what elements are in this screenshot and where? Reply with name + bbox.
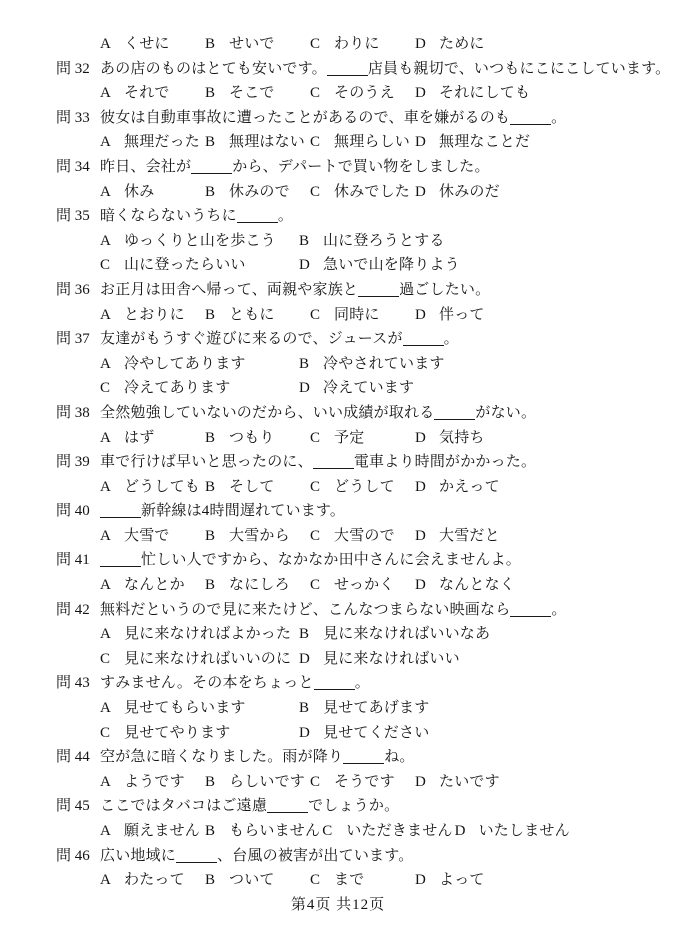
option-text: くせに xyxy=(124,32,170,57)
option-row: AわたってBついてCまでDよって xyxy=(0,868,676,893)
question-text: 忙しい人ですから、なかなか田中さんに会えませんよ。 xyxy=(100,552,521,568)
option-letter: C xyxy=(100,721,124,746)
option-text: 大雪から xyxy=(229,524,290,549)
option-text: なんとか xyxy=(124,573,185,598)
option-letter: A xyxy=(100,524,124,549)
option-letter: B xyxy=(205,303,229,328)
option-letter: C xyxy=(310,426,334,451)
option-b: Bともに xyxy=(205,303,308,328)
option-text: 大雪だと xyxy=(439,524,500,549)
option-text: なにしろ xyxy=(229,573,290,598)
option-letter: B xyxy=(299,229,323,254)
option-letter: C xyxy=(322,819,346,844)
question-text-segment: 。 xyxy=(551,602,566,618)
question-number: 問 37 xyxy=(56,327,100,352)
option-letter: D xyxy=(415,573,439,598)
option-letter: B xyxy=(205,180,229,205)
option-letter: D xyxy=(455,819,479,844)
option-d: D休みのだ xyxy=(415,180,518,205)
option-letter: B xyxy=(205,573,229,598)
option-letter: D xyxy=(299,376,323,401)
question-text-segment: 昨日、会社が xyxy=(100,159,191,175)
option-letter: D xyxy=(415,130,439,155)
question-text: ここではタバコはご遠慮でしょうか。 xyxy=(100,798,399,814)
question-text-segment: 忙しい人ですから、なかなか田中さんに会えませんよ。 xyxy=(141,552,521,568)
option-row: A見に来なければよかったB見に来なければいいなあ xyxy=(0,622,676,647)
option-b: B無理はない xyxy=(205,130,308,155)
option-d: Dかえって xyxy=(415,475,518,500)
option-a: A無理だった xyxy=(100,130,203,155)
option-text: 無理らしい xyxy=(334,130,410,155)
blank-underline xyxy=(358,295,399,297)
option-row: A見せてもらいますB見せてあげます xyxy=(0,696,676,721)
option-letter: C xyxy=(310,130,334,155)
question-number: 問 33 xyxy=(56,106,100,131)
option-a: Aなんとか xyxy=(100,573,203,598)
option-text: まで xyxy=(334,868,364,893)
option-text: 休みでした xyxy=(334,180,410,205)
option-letter: A xyxy=(100,573,124,598)
option-row: AくせにBせいでCわりにDために xyxy=(0,32,676,57)
option-d: D無理なことだ xyxy=(415,130,530,155)
exam-page: AくせにBせいでCわりにDために問 32あの店のものはとても安いです。店員も親切… xyxy=(0,0,676,917)
option-b: Bそして xyxy=(205,475,308,500)
option-letter: C xyxy=(100,376,124,401)
option-letter: D xyxy=(415,475,439,500)
option-letter: A xyxy=(100,81,124,106)
option-text: 休み xyxy=(124,180,154,205)
question-number: 問 43 xyxy=(56,671,100,696)
option-text: もらいません xyxy=(229,819,320,844)
option-text: 無理なことだ xyxy=(439,130,530,155)
option-a: Aゆっくりと山を歩こう xyxy=(100,229,297,254)
question-number: 問 32 xyxy=(56,57,100,82)
option-letter: D xyxy=(415,303,439,328)
option-a: Aわたって xyxy=(100,868,203,893)
blank-underline xyxy=(403,344,444,346)
question-text: 無料だというので見に来たけど、こんなつまらない映画なら。 xyxy=(100,602,567,618)
option-letter: C xyxy=(310,573,334,598)
option-b: B大雪から xyxy=(205,524,308,549)
option-row: AとおりにBともにC同時にD伴って xyxy=(0,303,676,328)
option-letter: A xyxy=(100,32,124,57)
option-letter: D xyxy=(415,81,439,106)
blank-underline xyxy=(267,811,308,813)
option-letter: C xyxy=(310,770,334,795)
option-letter: A xyxy=(100,696,124,721)
option-text: 願えません xyxy=(124,819,200,844)
blank-underline xyxy=(237,221,278,223)
option-c: C休みでした xyxy=(310,180,413,205)
option-letter: A xyxy=(100,303,124,328)
option-letter: B xyxy=(205,475,229,500)
option-text: 休みので xyxy=(229,180,290,205)
question-text: 広い地域に、台風の被害が出ています。 xyxy=(100,848,413,864)
option-c: C見に来なければいいのに xyxy=(100,647,297,672)
option-text: どうして xyxy=(334,475,395,500)
option-letter: B xyxy=(205,819,229,844)
option-text: 予定 xyxy=(334,426,364,451)
option-b: B休みので xyxy=(205,180,308,205)
option-c: Cせっかく xyxy=(310,573,413,598)
question-text: 空が急に暗くなりました。雨が降りね。 xyxy=(100,749,415,765)
option-row: A冷やしてありますB冷やされています xyxy=(0,352,676,377)
question-line: 問 35暗くならないうちに。 xyxy=(0,204,676,229)
question-text-segment: 過ごしたい。 xyxy=(399,282,490,298)
option-text: いたしません xyxy=(479,819,570,844)
option-letter: B xyxy=(205,770,229,795)
option-letter: B xyxy=(205,426,229,451)
option-letter: B xyxy=(205,81,229,106)
option-row: C見に来なければいいのにD見に来なければいい xyxy=(0,647,676,672)
question-text-segment: から、デパートで買い物をしました。 xyxy=(232,159,490,175)
option-text: 休みのだ xyxy=(439,180,500,205)
question-text: 友達がもうすぐ遊びに来るので、ジュースが。 xyxy=(100,331,459,347)
option-c: C同時に xyxy=(310,303,413,328)
option-text: どうしても xyxy=(124,475,200,500)
question-text-segment: 空が急に暗くなりました。雨が降り xyxy=(100,749,343,765)
option-text: 大雪で xyxy=(124,524,170,549)
question-text: 車で行けば早いと思ったのに、電車より時間がかかった。 xyxy=(100,454,536,470)
option-text: 見せてください xyxy=(323,721,429,746)
option-a: A大雪で xyxy=(100,524,203,549)
option-text: 見せてあげます xyxy=(323,696,429,721)
option-text: 見に来なければいいなあ xyxy=(323,622,490,647)
question-text-segment: お正月は田舎へ帰って、両親や家族と xyxy=(100,282,358,298)
option-text: らしいです xyxy=(229,770,305,795)
option-d: Dいたしません xyxy=(455,819,570,844)
option-b: Bそこで xyxy=(205,81,308,106)
option-d: D大雪だと xyxy=(415,524,518,549)
option-text: 冷やしてあります xyxy=(124,352,246,377)
option-text: かえって xyxy=(439,475,500,500)
blank-underline xyxy=(434,418,475,420)
option-row: AなんとかBなにしろCせっかくDなんとなく xyxy=(0,573,676,598)
question-line: 問 44空が急に暗くなりました。雨が降りね。 xyxy=(0,745,676,770)
option-letter: D xyxy=(415,524,439,549)
option-text: わりに xyxy=(334,32,380,57)
question-text-segment: 。 xyxy=(551,110,566,126)
option-c: C予定 xyxy=(310,426,413,451)
blank-underline xyxy=(176,861,217,863)
question-text: すみません。その本をちょっと。 xyxy=(100,675,370,691)
option-text: ついて xyxy=(229,868,275,893)
option-text: 見せてやります xyxy=(124,721,230,746)
option-letter: D xyxy=(415,426,439,451)
option-text: ために xyxy=(439,32,485,57)
option-text: わたって xyxy=(124,868,185,893)
option-d: D伴って xyxy=(415,303,518,328)
option-row: A願えませんBもらいませんCいただきませんDいたしません xyxy=(0,819,676,844)
question-text-segment: ね。 xyxy=(384,749,414,765)
option-letter: C xyxy=(310,475,334,500)
option-b: Bついて xyxy=(205,868,308,893)
question-number: 問 42 xyxy=(56,598,100,623)
question-line: 問 38全然勉強していないのだから、いい成績が取れるがない。 xyxy=(0,401,676,426)
option-text: 同時に xyxy=(334,303,380,328)
option-text: 見に来なければいい xyxy=(323,647,460,672)
option-letter: A xyxy=(100,475,124,500)
blank-underline xyxy=(313,467,354,469)
option-text: 伴って xyxy=(439,303,485,328)
option-a: A冷やしてあります xyxy=(100,352,297,377)
question-line: 問 45ここではタバコはご遠慮でしょうか。 xyxy=(0,794,676,819)
option-b: B山に登ろうとする xyxy=(299,229,496,254)
question-text: あの店のものはとても安いです。店員も親切で、いつもにこにこしています。 xyxy=(100,61,670,77)
option-text: そのうえ xyxy=(334,81,395,106)
blank-underline xyxy=(343,762,384,764)
question-line: 問 33彼女は自動車事故に遭ったことがあるので、車を嫌がるのも。 xyxy=(0,106,676,131)
option-a: A願えません xyxy=(100,819,203,844)
option-a: Aそれで xyxy=(100,81,203,106)
option-letter: C xyxy=(310,32,334,57)
question-text: 昨日、会社がから、デパートで買い物をしました。 xyxy=(100,159,490,175)
option-letter: D xyxy=(299,253,323,278)
question-line: 問 37友達がもうすぐ遊びに来るので、ジュースが。 xyxy=(0,327,676,352)
option-text: はず xyxy=(124,426,154,451)
option-text: そこで xyxy=(229,81,275,106)
option-c: C山に登ったらいい xyxy=(100,253,297,278)
question-text-segment: 。 xyxy=(278,208,293,224)
option-d: D見に来なければいい xyxy=(299,647,496,672)
option-text: 冷えてあります xyxy=(124,376,230,401)
option-c: Cまで xyxy=(310,868,413,893)
option-row: AそれでBそこでCそのうえDそれにしても xyxy=(0,81,676,106)
question-line: 問 46広い地域に、台風の被害が出ています。 xyxy=(0,844,676,869)
question-text-segment: 暗くならないうちに xyxy=(100,208,237,224)
option-d: Dそれにしても xyxy=(415,81,530,106)
option-letter: B xyxy=(299,352,323,377)
option-b: Bつもり xyxy=(205,426,308,451)
question-list: AくせにBせいでCわりにDために問 32あの店のものはとても安いです。店員も親切… xyxy=(0,32,676,893)
option-text: そうです xyxy=(334,770,395,795)
question-text: お正月は田舎へ帰って、両親や家族と過ごしたい。 xyxy=(100,282,490,298)
question-number: 問 34 xyxy=(56,155,100,180)
question-line: 問 32あの店のものはとても安いです。店員も親切で、いつもにこにこしています。 xyxy=(0,57,676,82)
option-text: せいで xyxy=(229,32,275,57)
option-letter: C xyxy=(100,647,124,672)
option-text: ゆっくりと山を歩こう xyxy=(124,229,276,254)
question-number: 問 40 xyxy=(56,499,100,524)
question-text: 全然勉強していないのだから、いい成績が取れるがない。 xyxy=(100,405,536,421)
option-row: A休みB休みのでC休みでしたD休みのだ xyxy=(0,180,676,205)
question-number: 問 35 xyxy=(56,204,100,229)
option-row: AようですBらしいですCそうですDたいです xyxy=(0,770,676,795)
option-letter: D xyxy=(299,647,323,672)
option-text: 冷えています xyxy=(323,376,414,401)
option-c: Cいただきません xyxy=(322,819,452,844)
question-text-segment: 新幹線は4時間遅れています。 xyxy=(141,503,345,519)
option-b: B見に来なければいいなあ xyxy=(299,622,496,647)
question-text-segment: でしょうか。 xyxy=(308,798,399,814)
question-number: 問 38 xyxy=(56,401,100,426)
question-text: 暗くならないうちに。 xyxy=(100,208,293,224)
option-d: D見せてください xyxy=(299,721,496,746)
question-number: 問 41 xyxy=(56,548,100,573)
option-text: 無理はない xyxy=(229,130,305,155)
option-d: Dたいです xyxy=(415,770,518,795)
question-line: 問 43すみません。その本をちょっと。 xyxy=(0,671,676,696)
question-text-segment: 。 xyxy=(444,331,459,347)
question-text-segment: 、台風の被害が出ています。 xyxy=(217,848,413,864)
option-text: よって xyxy=(439,868,485,893)
question-text-segment: 電車より時間がかかった。 xyxy=(354,454,536,470)
option-row: C冷えてありますD冷えています xyxy=(0,376,676,401)
option-b: Bなにしろ xyxy=(205,573,308,598)
option-letter: C xyxy=(310,868,334,893)
option-letter: D xyxy=(299,721,323,746)
option-letter: A xyxy=(100,819,124,844)
option-d: Dなんとなく xyxy=(415,573,518,598)
option-c: Cわりに xyxy=(310,32,413,57)
option-letter: A xyxy=(100,770,124,795)
blank-underline xyxy=(510,123,551,125)
option-letter: B xyxy=(299,622,323,647)
question-text-segment: あの店のものはとても安いです。 xyxy=(100,61,327,77)
option-text: そして xyxy=(229,475,275,500)
question-text-segment: 友達がもうすぐ遊びに来るので、ジュースが xyxy=(100,331,403,347)
option-text: ともに xyxy=(229,303,275,328)
option-text: 山に登ろうとする xyxy=(323,229,445,254)
option-letter: C xyxy=(310,180,334,205)
blank-underline xyxy=(327,74,368,76)
option-text: 気持ち xyxy=(439,426,485,451)
option-letter: C xyxy=(310,303,334,328)
option-a: Aくせに xyxy=(100,32,203,57)
question-line: 問 41忙しい人ですから、なかなか田中さんに会えませんよ。 xyxy=(0,548,676,573)
question-text-segment: 広い地域に xyxy=(100,848,176,864)
blank-underline xyxy=(510,615,551,617)
option-letter: A xyxy=(100,352,124,377)
question-text-segment: 。 xyxy=(355,675,370,691)
option-a: Aとおりに xyxy=(100,303,203,328)
option-b: B冷やされています xyxy=(299,352,496,377)
option-b: B見せてあげます xyxy=(299,696,496,721)
question-text-segment: 車で行けば早いと思ったのに、 xyxy=(100,454,313,470)
question-number: 問 45 xyxy=(56,794,100,819)
question-text-segment: がない。 xyxy=(475,405,536,421)
option-row: C山に登ったらいいD急いで山を降りよう xyxy=(0,253,676,278)
question-line: 問 36お正月は田舎へ帰って、両親や家族と過ごしたい。 xyxy=(0,278,676,303)
option-letter: B xyxy=(205,868,229,893)
option-letter: D xyxy=(415,770,439,795)
question-number: 問 46 xyxy=(56,844,100,869)
question-number: 問 39 xyxy=(56,450,100,475)
option-text: それで xyxy=(124,81,170,106)
option-row: AどうしてもBそしてCどうしてDかえって xyxy=(0,475,676,500)
option-letter: A xyxy=(100,868,124,893)
option-c: C見せてやります xyxy=(100,721,297,746)
blank-underline xyxy=(314,688,355,690)
question-line: 問 39車で行けば早いと思ったのに、電車より時間がかかった。 xyxy=(0,450,676,475)
option-b: Bせいで xyxy=(205,32,308,57)
option-text: つもり xyxy=(229,426,275,451)
option-text: なんとなく xyxy=(439,573,515,598)
question-text-segment: 彼女は自動車事故に遭ったことがあるので、車を嫌がるのも xyxy=(100,110,510,126)
option-letter: A xyxy=(100,426,124,451)
option-letter: B xyxy=(205,524,229,549)
option-letter: C xyxy=(310,81,334,106)
option-letter: B xyxy=(299,696,323,721)
option-letter: A xyxy=(100,180,124,205)
option-text: ようです xyxy=(124,770,185,795)
option-b: Bらしいです xyxy=(205,770,308,795)
option-b: Bもらいません xyxy=(205,819,320,844)
option-text: 見に来なければよかった xyxy=(124,622,291,647)
option-c: C冷えてあります xyxy=(100,376,297,401)
option-text: 見に来なければいいのに xyxy=(124,647,291,672)
option-text: 急いで山を降りよう xyxy=(323,253,460,278)
option-a: A見に来なければよかった xyxy=(100,622,297,647)
question-text-segment: ここではタバコはご遠慮 xyxy=(100,798,267,814)
option-d: D冷えています xyxy=(299,376,496,401)
question-text-segment: 全然勉強していないのだから、いい成績が取れる xyxy=(100,405,434,421)
option-letter: B xyxy=(205,32,229,57)
question-line: 問 42無料だというので見に来たけど、こんなつまらない映画なら。 xyxy=(0,598,676,623)
question-text-segment: 店員も親切で、いつもにこにこしています。 xyxy=(368,61,671,77)
option-letter: C xyxy=(100,253,124,278)
question-text: 彼女は自動車事故に遭ったことがあるので、車を嫌がるのも。 xyxy=(100,110,566,126)
option-d: Dために xyxy=(415,32,518,57)
option-text: いただきません xyxy=(346,819,452,844)
option-a: Aはず xyxy=(100,426,203,451)
option-letter: D xyxy=(415,180,439,205)
option-text: せっかく xyxy=(334,573,395,598)
question-text: 新幹線は4時間遅れています。 xyxy=(100,503,345,519)
option-a: A休み xyxy=(100,180,203,205)
option-row: C見せてやりますD見せてください xyxy=(0,721,676,746)
option-text: 見せてもらいます xyxy=(124,696,246,721)
option-text: 冷やされています xyxy=(323,352,445,377)
option-text: 無理だった xyxy=(124,130,200,155)
question-number: 問 36 xyxy=(56,278,100,303)
option-letter: A xyxy=(100,622,124,647)
page-footer: 第4页 共12页 xyxy=(0,893,676,918)
blank-underline xyxy=(191,172,232,174)
option-text: それにしても xyxy=(439,81,530,106)
option-letter: D xyxy=(415,32,439,57)
option-text: とおりに xyxy=(124,303,185,328)
question-text-segment: 無料だというので見に来たけど、こんなつまらない映画なら xyxy=(100,602,510,618)
option-text: たいです xyxy=(439,770,500,795)
option-c: C無理らしい xyxy=(310,130,413,155)
question-line: 問 34昨日、会社がから、デパートで買い物をしました。 xyxy=(0,155,676,180)
blank-underline xyxy=(100,565,141,567)
option-row: A大雪でB大雪からC大雪のでD大雪だと xyxy=(0,524,676,549)
option-letter: A xyxy=(100,229,124,254)
option-letter: A xyxy=(100,130,124,155)
blank-underline xyxy=(100,516,141,518)
option-a: Aどうしても xyxy=(100,475,203,500)
option-letter: C xyxy=(310,524,334,549)
option-c: C大雪ので xyxy=(310,524,413,549)
option-d: Dよって xyxy=(415,868,518,893)
option-text: 大雪ので xyxy=(334,524,395,549)
option-a: Aようです xyxy=(100,770,203,795)
question-line: 問 40新幹線は4時間遅れています。 xyxy=(0,499,676,524)
option-row: AはずBつもりC予定D気持ち xyxy=(0,426,676,451)
question-text-segment: すみません。その本をちょっと xyxy=(100,675,314,691)
option-c: Cどうして xyxy=(310,475,413,500)
option-a: A見せてもらいます xyxy=(100,696,297,721)
option-row: A無理だったB無理はないC無理らしいD無理なことだ xyxy=(0,130,676,155)
question-number: 問 44 xyxy=(56,745,100,770)
option-d: D急いで山を降りよう xyxy=(299,253,496,278)
option-letter: B xyxy=(205,130,229,155)
option-row: Aゆっくりと山を歩こうB山に登ろうとする xyxy=(0,229,676,254)
option-text: 山に登ったらいい xyxy=(124,253,246,278)
option-d: D気持ち xyxy=(415,426,518,451)
